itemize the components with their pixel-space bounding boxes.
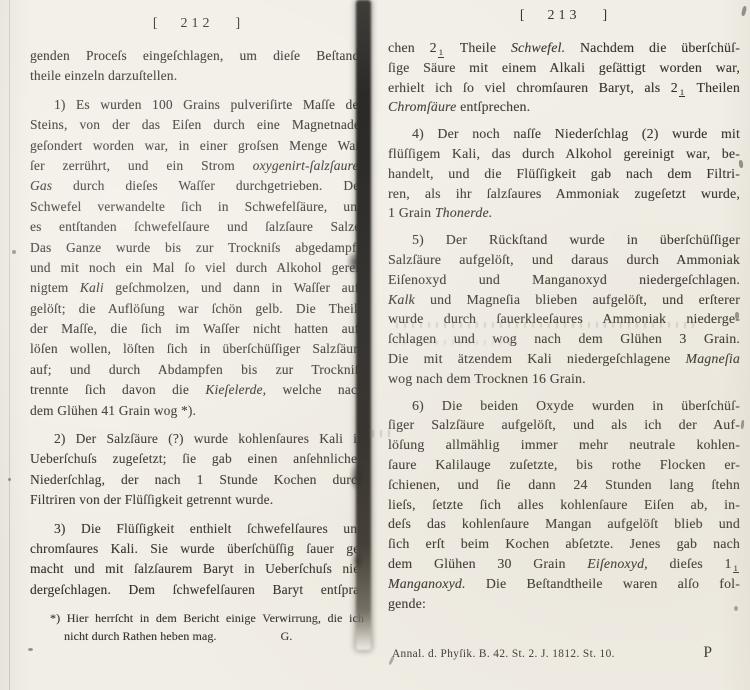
fraction: 13: [679, 88, 685, 98]
text-line: lieſs, ſetzte ſich alles kohlenſaure Eiſ…: [388, 495, 740, 515]
paragraph: 5) Der Rückſtand wurde in überſchüſſiger…: [388, 230, 740, 388]
text-segment: ſaure Kalilauge zuſetzte, bis rothe Floc…: [388, 457, 740, 472]
text-line: macht und mit ſalzſaurem Baryt in Ueberſ…: [30, 559, 364, 579]
text-segment: 2) Der Salzſäure (?) wurde kohlenſaures …: [54, 431, 364, 446]
text-segment: chromſaures Kali. Sie wurde überſchüſſig…: [30, 541, 364, 556]
scan-speck: [735, 312, 739, 319]
text-segment: der Maſſe, die ſich im Waſſer nicht hatt…: [30, 321, 364, 336]
text-segment: nicht durch Rathen heben mag.: [64, 629, 217, 643]
text-line: Steins, von der das Eiſen durch eine Mag…: [30, 115, 364, 135]
scan-speck: [738, 160, 743, 168]
text-segment: lieſs, ſetzte ſich alles kohlenſaure Eiſ…: [388, 497, 740, 512]
text-segment: ſiger Salzſäure aufgelöſt, und als ich d…: [388, 417, 740, 432]
text-segment: *) Hier herrſcht in dem Bericht einige V…: [50, 611, 364, 625]
text-line: erhielt ich ſo viel chromſauren Baryt, a…: [388, 78, 740, 98]
paragraph: genden Proceſs eingeſchlagen, um dieſe B…: [30, 46, 364, 87]
text-line: ren, als ihr ſalzſaures Ammoniak zugeſet…: [388, 184, 740, 204]
text-line: 2) Der Salzſäure (?) wurde kohlenſaures …: [30, 429, 364, 449]
bracket-close: ]: [603, 8, 609, 24]
text-segment: Das Ganze wurde bis zur Trockniſs abgeda…: [30, 240, 364, 255]
bracket-close: ]: [236, 16, 242, 32]
fraction: 13: [438, 48, 444, 58]
text-line: 1 Grain Thonerde.: [388, 203, 740, 223]
paragraph: 3) Die Flüſſigkeit enthielt ſchwefelſaur…: [30, 519, 364, 601]
text-segment: Theilen: [686, 80, 740, 95]
text-line: ſiger Salzſäure aufgelöſt, und als ich d…: [388, 415, 740, 435]
text-segment: chen 2: [388, 40, 437, 55]
text-line: chromſaures Kali. Sie wurde überſchüſſig…: [30, 539, 364, 559]
footnote: *) Hier herrſcht in dem Bericht einige V…: [30, 610, 364, 645]
scan-speck: [12, 250, 16, 254]
text-line: Das Ganze wurde bis zur Trockniſs abgeda…: [30, 238, 364, 258]
text-segment: 5) Der Rückſtand wurde in überſchüſſiger: [412, 232, 740, 247]
text-segment: 6) Die beiden Oxyde wurden in überſchüſ-: [412, 398, 740, 413]
page-number-value: 212: [181, 16, 214, 32]
italic-term: oxygenirt-ſalzſaures: [253, 158, 364, 173]
text-line: Salzſäure aufgelöſt, und daraus durch Am…: [388, 250, 740, 270]
text-segment: Ueberſchuſs zugeſetzt; ſie gab einen anſ…: [30, 451, 364, 466]
text-segment: erhielt ich ſo viel chromſauren Baryt, a…: [388, 80, 678, 95]
paragraph: chen 213 Theile Schwefel. Nachdem die üb…: [388, 38, 740, 117]
text-line: löſen wollen, löſten ſich in überſchüſſi…: [30, 339, 364, 359]
text-line: *) Hier herrſcht in dem Bericht einige V…: [50, 610, 364, 628]
page-number-value: 213: [548, 8, 581, 24]
text-line: Chromſäure entſprechen.: [388, 97, 740, 117]
paper-fold-line: [9, 0, 10, 690]
italic-term: Schwefel.: [511, 40, 565, 55]
text-line: der Maſſe, die ſich im Waſſer nicht hatt…: [30, 319, 364, 339]
text-segment: ren, als ihr ſalzſaures Ammoniak zugeſet…: [388, 186, 740, 201]
text-segment: Steins, von der das Eiſen durch eine Mag…: [30, 117, 364, 132]
text-line: wog nach dem Trocknen 16 Grain.: [388, 369, 740, 389]
text-line: handelt, und die Flüſſigkeit gab nach de…: [388, 164, 740, 184]
text-line: 3) Die Flüſſigkeit enthielt ſchwefelſaur…: [30, 519, 364, 539]
page-footer: Annal. d. Phyſik. B. 42. St. 2. J. 1812.…: [392, 644, 740, 662]
text-segment: nigtem: [30, 280, 80, 295]
text-segment: und Magneſia blieben aufgelöſt, und erſt…: [415, 292, 740, 307]
text-line: chen 213 Theile Schwefel. Nachdem die üb…: [388, 38, 740, 58]
text-line: dergeſchlagen. Dem ſchwefelſauren Baryt …: [30, 580, 364, 600]
text-segment: welche nach: [266, 382, 364, 397]
page-212: [ 212 ] genden Proceſs eingeſchlagen, um…: [30, 16, 364, 645]
text-segment: Filtriren von der Flüſſigkeit getrennt w…: [30, 492, 273, 507]
fraction: 13: [733, 564, 739, 574]
text-segment: theile einzeln darzuſtellen.: [30, 68, 177, 83]
text-segment: auf; und durch Abdampfen bis zur Trockni…: [30, 362, 364, 377]
text-line: 1) Es wurden 100 Grains pulveriſirte Maſ…: [30, 95, 364, 115]
page-213: [ 213 ] chen 213 Theile Schwefel. Nachde…: [388, 8, 740, 613]
text-segment: dem Glühen 30 Grain: [388, 556, 587, 571]
text-line: 4) Der noch naſſe Niederſchlag (2) wurde…: [388, 124, 740, 144]
text-line: ſige Säure mit einem Alkali geſättigt wo…: [388, 58, 740, 78]
paragraph: 4) Der noch naſſe Niederſchlag (2) wurde…: [388, 124, 740, 223]
scan-smudge: [372, 430, 392, 437]
text-line: Eiſenoxyd und Manganoxyd niedergeſchlage…: [388, 270, 740, 290]
text-segment: Die Beſtandtheile waren alſo fol-: [466, 576, 740, 591]
text-segment: Nachdem die überſchüſ-: [565, 40, 740, 55]
text-segment: Die mit ätzendem Kali niedergeſchlagene: [388, 351, 686, 366]
ink-blot: [349, 462, 363, 492]
text-line: es entſtanden ſchwefelſaure und ſalzſaur…: [30, 217, 364, 237]
text-segment: G.: [281, 628, 293, 646]
page-212-text: genden Proceſs eingeſchlagen, um dieſe B…: [30, 46, 364, 600]
page-number-212: [ 212 ]: [30, 16, 364, 32]
text-segment: es entſtanden ſchwefelſaure und ſalzſaur…: [30, 219, 364, 234]
text-segment: wog nach dem Trocknen 16 Grain.: [388, 371, 586, 386]
text-line: löſung allmählig immer mehr neutrale koh…: [388, 435, 740, 455]
italic-term: Manganoxyd.: [388, 576, 466, 591]
paragraph: 6) Die beiden Oxyde wurden in überſchüſ-…: [388, 396, 740, 614]
scan-speck: [741, 420, 745, 429]
text-line: deſs das kohlenſaure Mangan aufgelöſt bl…: [388, 514, 740, 534]
text-segment: geſondert worden war, in einer groſsen M…: [30, 138, 364, 153]
text-line: Manganoxyd. Die Beſtandtheile waren alſo…: [388, 574, 740, 594]
scan-smudge: [396, 322, 696, 328]
text-line: trennte ſich davon die Kieſelerde, welch…: [30, 380, 364, 400]
text-segment: dergeſchlagen. Dem ſchwefelſauren Baryt …: [30, 582, 364, 597]
text-segment: Niederſchlag, der nach 1 Stunde Kochen d…: [30, 472, 364, 487]
text-segment: durch dieſes Waſſer durchgetrieben. Der: [52, 178, 364, 193]
text-line: Die mit ätzendem Kali niedergeſchlagene …: [388, 349, 740, 369]
text-segment: 3) Die Flüſſigkeit enthielt ſchwefelſaur…: [54, 521, 364, 536]
text-segment: ſer zerrührt, und ein Strom: [30, 158, 253, 173]
text-line: gelöſt; die Auflöſung war ſchön gelb. Di…: [30, 299, 364, 319]
text-line: 6) Die beiden Oxyde wurden in überſchüſ-: [388, 396, 740, 416]
text-line: Gas durch dieſes Waſſer durchgetrieben. …: [30, 176, 364, 196]
text-line: nigtem Kali geſchmolzen, und dann in Waſ…: [30, 278, 364, 298]
text-line: theile einzeln darzuſtellen.: [30, 66, 364, 86]
text-segment: ſchienen, und ſie dann 24 Stunden lang ſ…: [388, 477, 740, 492]
text-segment: handelt, und die Flüſſigkeit gab nach de…: [388, 166, 740, 181]
text-segment: gende:: [388, 596, 426, 611]
text-line: ſaure Kalilauge zuſetzte, bis rothe Floc…: [388, 455, 740, 475]
text-segment: geſchmolzen, und dann in Waſſer auf-: [104, 280, 364, 295]
text-segment: ſige Säure mit einem Alkali geſättigt wo…: [388, 60, 740, 75]
text-segment: flüſſigem Kali, das durch Alkohol gerein…: [388, 146, 740, 161]
text-line: gende:: [388, 594, 740, 614]
scan-speck: [741, 6, 747, 17]
bracket-open: [: [153, 16, 159, 32]
text-segment: genden Proceſs eingeſchlagen, um dieſe B…: [30, 48, 364, 63]
text-segment: löſen wollen, löſten ſich in überſchüſſi…: [30, 341, 364, 356]
text-line: flüſſigem Kali, das durch Alkohol gerein…: [388, 144, 740, 164]
scanned-book-spread: [ 212 ] genden Proceſs eingeſchlagen, um…: [0, 0, 750, 690]
ink-blot: [351, 552, 363, 570]
page-number-213: [ 213 ]: [388, 8, 740, 24]
scan-smudge: [396, 340, 516, 345]
text-line: geſondert worden war, in einer groſsen M…: [30, 136, 364, 156]
text-line: Kalk und Magneſia blieben aufgelöſt, und…: [388, 290, 740, 310]
text-line: dem Glühen 41 Grain wog *).: [30, 401, 364, 421]
text-segment: gelöſt; die Auflöſung war ſchön gelb. Di…: [30, 301, 364, 316]
scan-speck: [8, 478, 11, 481]
text-line: Filtriren von der Flüſſigkeit getrennt w…: [30, 490, 364, 510]
italic-term: Thonerde.: [435, 205, 493, 220]
text-segment: Salzſäure aufgelöſt, und daraus durch Am…: [388, 252, 740, 267]
text-segment: 4) Der noch naſſe Niederſchlag (2) wurde…: [412, 126, 740, 141]
text-segment: 1) Es wurden 100 Grains pulveriſirte Maſ…: [54, 97, 364, 112]
text-segment: ſich erſt beim Kochen abſetzte. Jenes ga…: [388, 536, 740, 551]
text-line: und mit noch ein Mal ſo viel durch Alkoh…: [30, 258, 364, 278]
paragraph: 2) Der Salzſäure (?) wurde kohlenſaures …: [30, 429, 364, 511]
text-line: auf; und durch Abdampfen bis zur Trockni…: [30, 360, 364, 380]
scan-speck: [734, 606, 738, 611]
text-segment: Schwefel verwandelte ſich in Schwefelſäu…: [30, 199, 364, 214]
text-line: ſer zerrührt, und ein Strom oxygenirt-ſa…: [30, 156, 364, 176]
ink-blot: [346, 250, 364, 274]
italic-term: Magneſia: [686, 351, 740, 366]
text-segment: entſprechen.: [456, 99, 530, 114]
italic-term: Kali: [80, 280, 104, 295]
text-line: dem Glühen 30 Grain Eiſenoxyd, dieſes 11…: [388, 554, 740, 574]
text-line: Niederſchlag, der nach 1 Stunde Kochen d…: [30, 470, 364, 490]
text-segment: trennte ſich davon die: [30, 382, 205, 397]
text-segment: dem Glühen 41 Grain wog *).: [30, 403, 196, 418]
italic-term: Kieſelerde,: [205, 382, 266, 397]
paragraph: 1) Es wurden 100 Grains pulveriſirte Maſ…: [30, 95, 364, 421]
italic-term: Eiſenoxyd,: [587, 556, 648, 571]
text-line: genden Proceſs eingeſchlagen, um dieſe B…: [30, 46, 364, 66]
text-segment: und mit noch ein Mal ſo viel durch Alkoh…: [30, 260, 364, 275]
scan-speck: [28, 648, 33, 651]
text-line: ſich erſt beim Kochen abſetzte. Jenes ga…: [388, 534, 740, 554]
italic-term: Kalk: [388, 292, 415, 307]
text-line: Schwefel verwandelte ſich in Schwefelſäu…: [30, 197, 364, 217]
text-segment: deſs das kohlenſaure Mangan aufgelöſt bl…: [388, 516, 740, 531]
text-segment: 1 Grain: [388, 205, 435, 220]
bracket-open: [: [520, 8, 526, 24]
text-segment: löſung allmählig immer mehr neutrale koh…: [388, 437, 740, 452]
italic-term: Chromſäure: [388, 99, 456, 114]
text-line: nicht durch Rathen heben mag.G.: [50, 628, 364, 646]
text-segment: macht und mit ſalzſaurem Baryt in Ueberſ…: [30, 561, 364, 576]
text-segment: Eiſenoxyd und Manganoxyd niedergeſchlage…: [388, 272, 740, 287]
text-line: 5) Der Rückſtand wurde in überſchüſſiger: [388, 230, 740, 250]
text-segment: Theile: [445, 40, 511, 55]
signature-mark: P: [703, 644, 712, 662]
text-line: ſchienen, und ſie dann 24 Stunden lang ſ…: [388, 475, 740, 495]
text-segment: dieſes 1: [648, 556, 732, 571]
journal-citation: Annal. d. Phyſik. B. 42. St. 2. J. 1812.…: [392, 648, 615, 660]
italic-term: Gas: [30, 178, 52, 193]
text-line: Ueberſchuſs zugeſetzt; ſie gab einen anſ…: [30, 449, 364, 469]
